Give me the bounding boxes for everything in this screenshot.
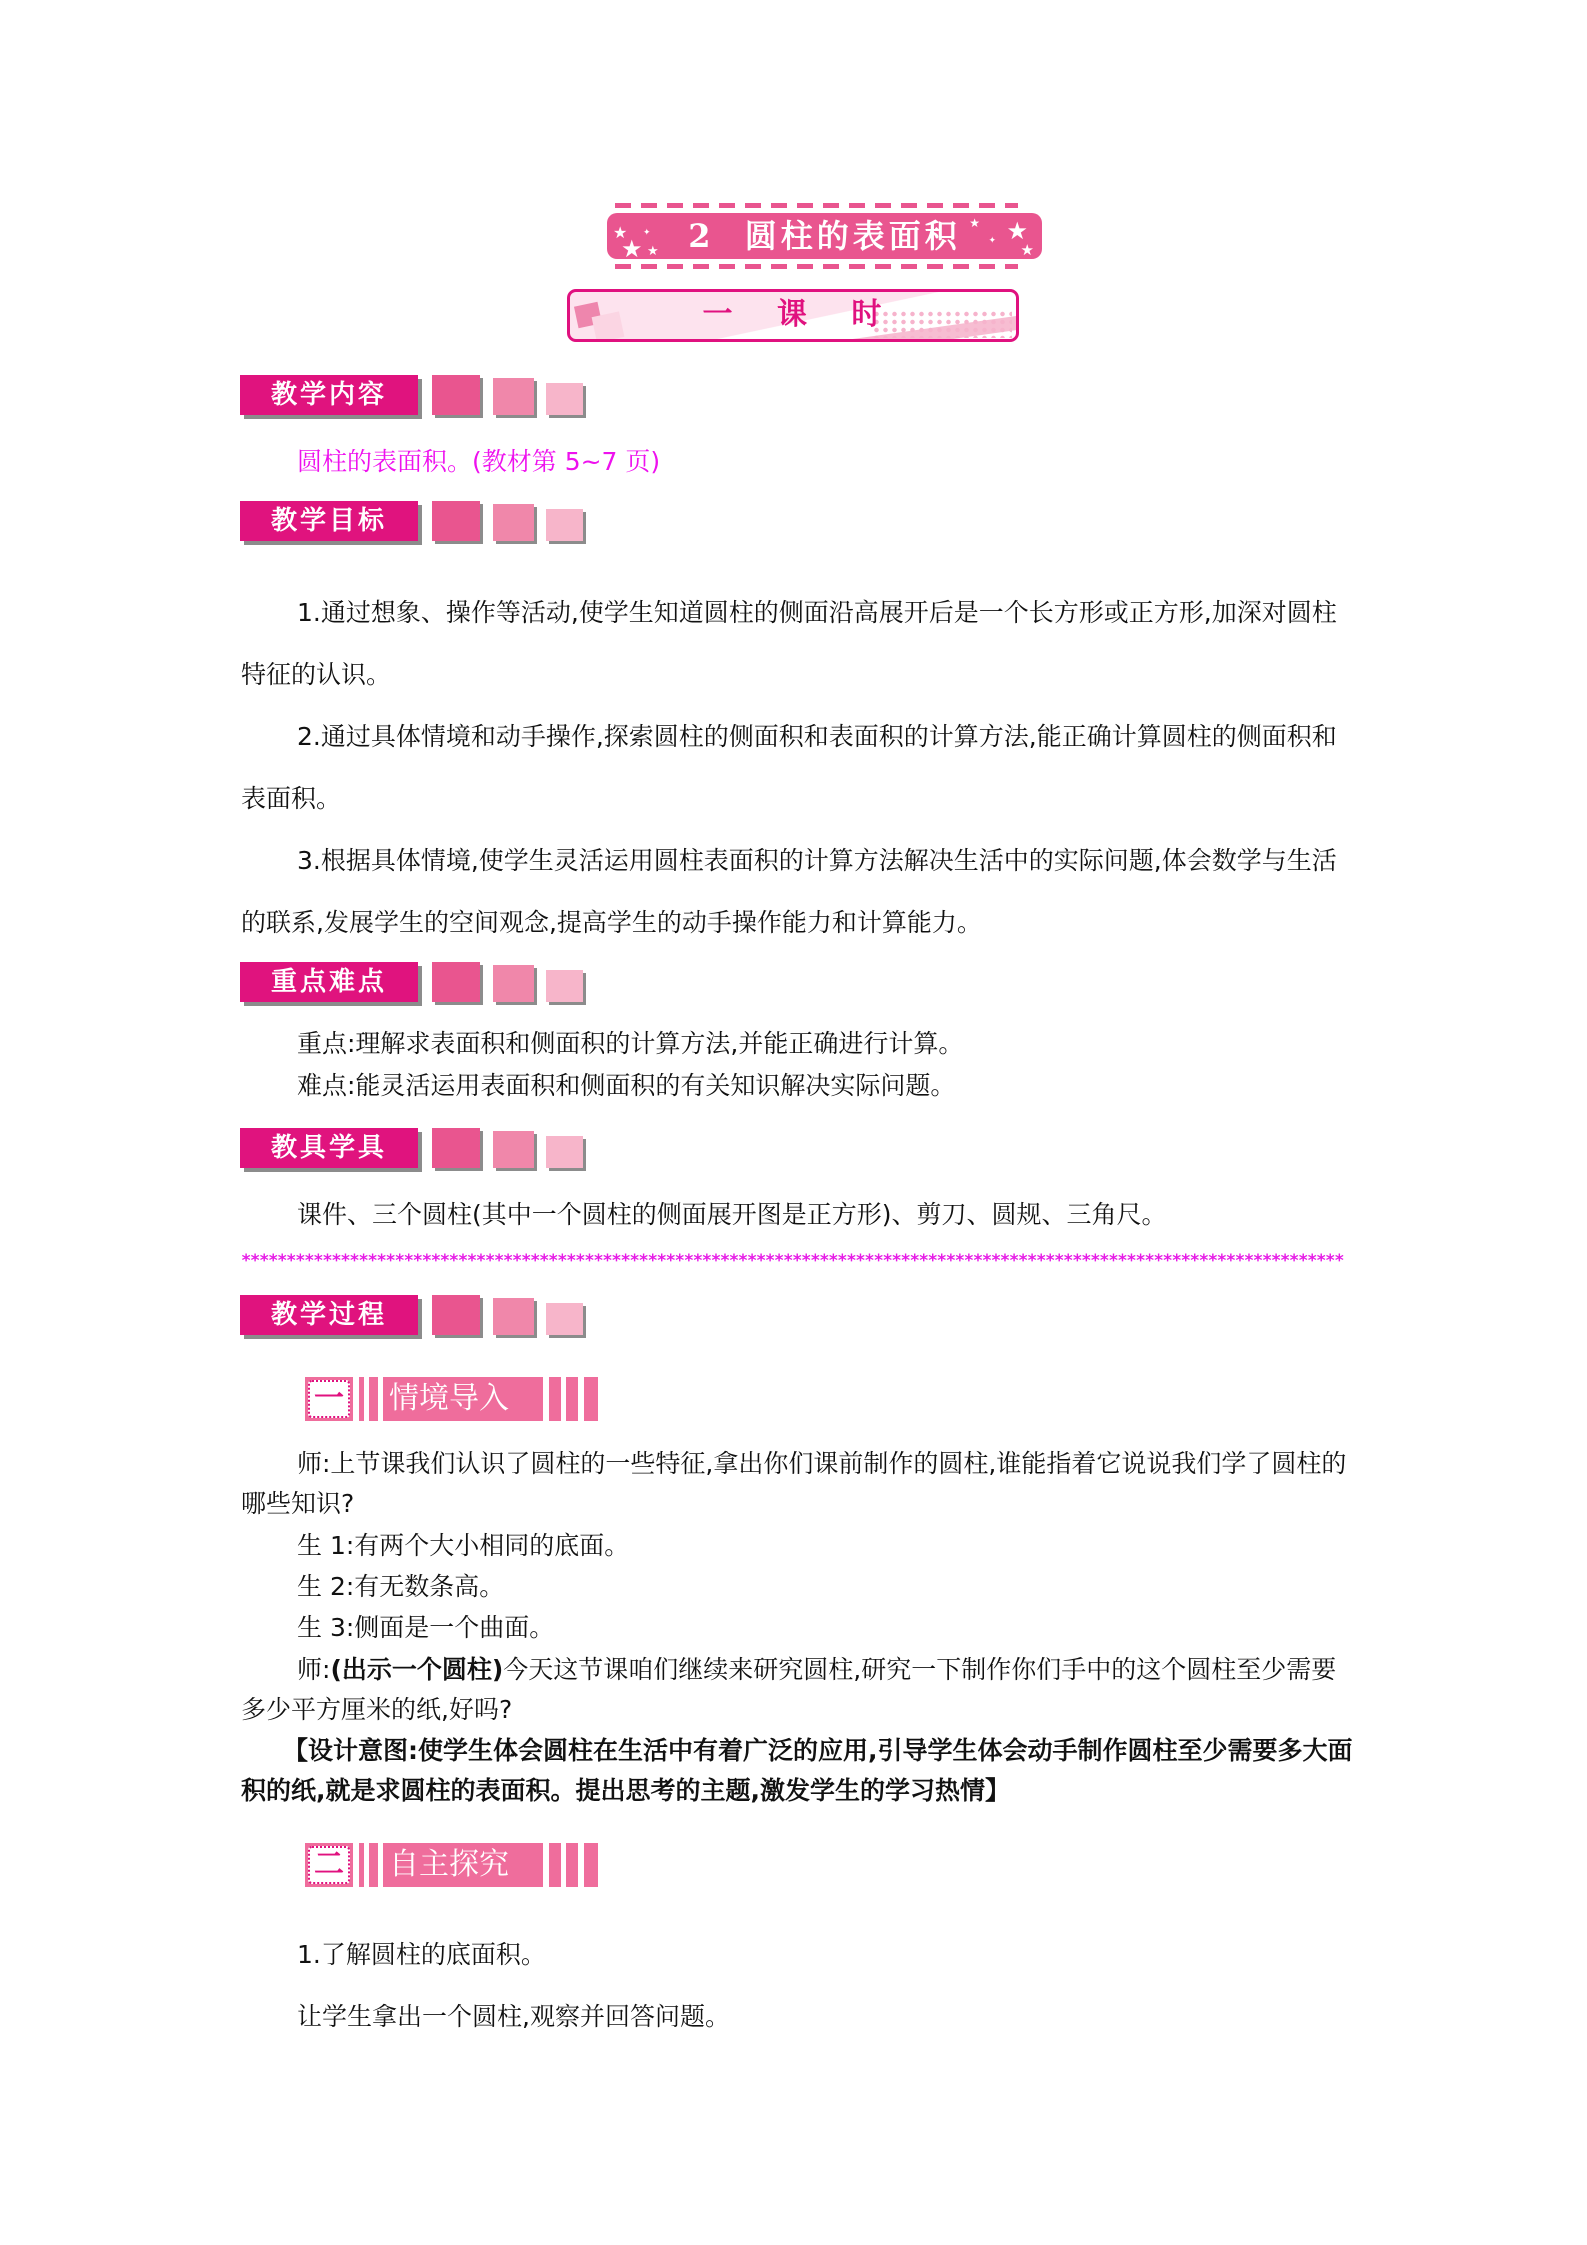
decorative-bar: [369, 1377, 378, 1421]
decorative-block: [493, 504, 534, 541]
section-header-label: 教学过程: [240, 1295, 418, 1335]
decorative-bar: [359, 1377, 364, 1421]
step-title: 情境导入: [383, 1377, 543, 1421]
chapter-title-text: 圆柱的表面积: [745, 217, 961, 255]
step-title: 自主探究: [383, 1843, 543, 1887]
step-number-box: 二: [305, 1843, 353, 1887]
dialogue-student-3: 生 3:侧面是一个曲面。: [241, 1608, 1353, 1648]
lesson-period-label: 一 课 时: [570, 292, 1016, 339]
step-banner-situation-intro: 一 情境导入: [305, 1377, 598, 1421]
teaching-tools-text: 课件、三个圆柱(其中一个圆柱的侧面展开图是正方形)、剪刀、圆规、三角尺。: [241, 1195, 1353, 1235]
step-number-box: 一: [305, 1377, 353, 1421]
step-banner-independent-exploration: 二 自主探究: [305, 1843, 598, 1887]
decorative-block: [546, 1303, 583, 1335]
decorative-block: [546, 1136, 583, 1168]
decorative-bar: [549, 1377, 561, 1421]
objective-item-3: 3.根据具体情境,使学生灵活运用圆柱表面积的计算方法解决生活中的实际问题,体会数…: [241, 830, 1353, 954]
key-point-text: 重点:理解求表面积和侧面积的计算方法,并能正确进行计算。: [241, 1024, 1353, 1064]
step-number: 一: [308, 1380, 350, 1418]
chapter-number: 2: [688, 217, 714, 255]
decorative-block: [546, 383, 583, 415]
decorative-bar: [584, 1843, 598, 1887]
decorative-block: [546, 509, 583, 541]
section-header-teaching-objectives: 教学目标: [240, 501, 600, 545]
decorative-block: [432, 375, 480, 415]
chapter-title-banner: ★ ★ ★ ✦ ★ ★ ★ ✦ 2 圆柱的表面积: [607, 203, 1042, 269]
chapter-title: 2 圆柱的表面积: [607, 213, 1042, 259]
section-header-key-points: 重点难点: [240, 962, 600, 1006]
difficulty-text: 难点:能灵活运用表面积和侧面积的有关知识解决实际问题。: [241, 1066, 1353, 1106]
dialogue-student-1: 生 1:有两个大小相同的底面。: [241, 1526, 1353, 1566]
decorative-block: [493, 1131, 534, 1168]
decorative-bar: [369, 1843, 378, 1887]
section-header-label: 重点难点: [240, 962, 418, 1002]
decorative-bar: [566, 1377, 578, 1421]
decorative-block: [432, 1295, 480, 1335]
section-header-teaching-process: 教学过程: [240, 1295, 600, 1339]
decorative-block: [432, 501, 480, 541]
decorative-block: [546, 970, 583, 1002]
section-header-label: 教具学具: [240, 1128, 418, 1168]
section-header-teaching-content: 教学内容: [240, 375, 600, 419]
exploration-item-2: 让学生拿出一个圆柱,观察并回答问题。: [241, 1997, 1353, 2037]
section-header-teaching-tools: 教具学具: [240, 1128, 600, 1172]
dialogue-teacher-2: 师:(出示一个圆柱)今天这节课咱们继续来研究圆柱,研究一下制作你们手中的这个圆柱…: [241, 1650, 1353, 1730]
objective-item-2: 2.通过具体情境和动手操作,探索圆柱的侧面积和表面积的计算方法,能正确计算圆柱的…: [241, 706, 1353, 830]
teacher-prefix: 师:: [297, 1655, 330, 1684]
teacher-action: (出示一个圆柱): [330, 1655, 503, 1684]
decorative-block: [432, 1128, 480, 1168]
lesson-period-box: 一 课 时: [567, 289, 1019, 342]
step-number: 二: [308, 1846, 350, 1884]
decorative-bar: [359, 1843, 364, 1887]
decorative-block: [493, 965, 534, 1002]
dialogue-teacher-1: 师:上节课我们认识了圆柱的一些特征,拿出你们课前制作的圆柱,谁能指着它说说我们学…: [241, 1444, 1353, 1524]
exploration-item-1: 1.了解圆柱的底面积。: [241, 1935, 1353, 1975]
section-header-label: 教学内容: [240, 375, 418, 415]
decorative-block: [493, 378, 534, 415]
decorative-bar: [584, 1377, 598, 1421]
teaching-content-text: 圆柱的表面积。(教材第 5~7 页): [241, 442, 1353, 482]
section-header-label: 教学目标: [240, 501, 418, 541]
banner-dash-top: [615, 203, 1018, 208]
asterisk-divider: ****************************************…: [241, 1250, 1413, 1272]
design-intent-note: 【设计意图:使学生体会圆柱在生活中有着广泛的应用,引导学生体会动手制作圆柱至少需…: [241, 1731, 1353, 1811]
dialogue-student-2: 生 2:有无数条高。: [241, 1567, 1353, 1607]
objective-item-1: 1.通过想象、操作等活动,使学生知道圆柱的侧面沿高展开后是一个长方形或正方形,加…: [241, 582, 1353, 706]
decorative-block: [432, 962, 480, 1002]
decorative-bar: [566, 1843, 578, 1887]
banner-dash-bottom: [615, 264, 1018, 269]
decorative-bar: [549, 1843, 561, 1887]
decorative-block: [493, 1298, 534, 1335]
